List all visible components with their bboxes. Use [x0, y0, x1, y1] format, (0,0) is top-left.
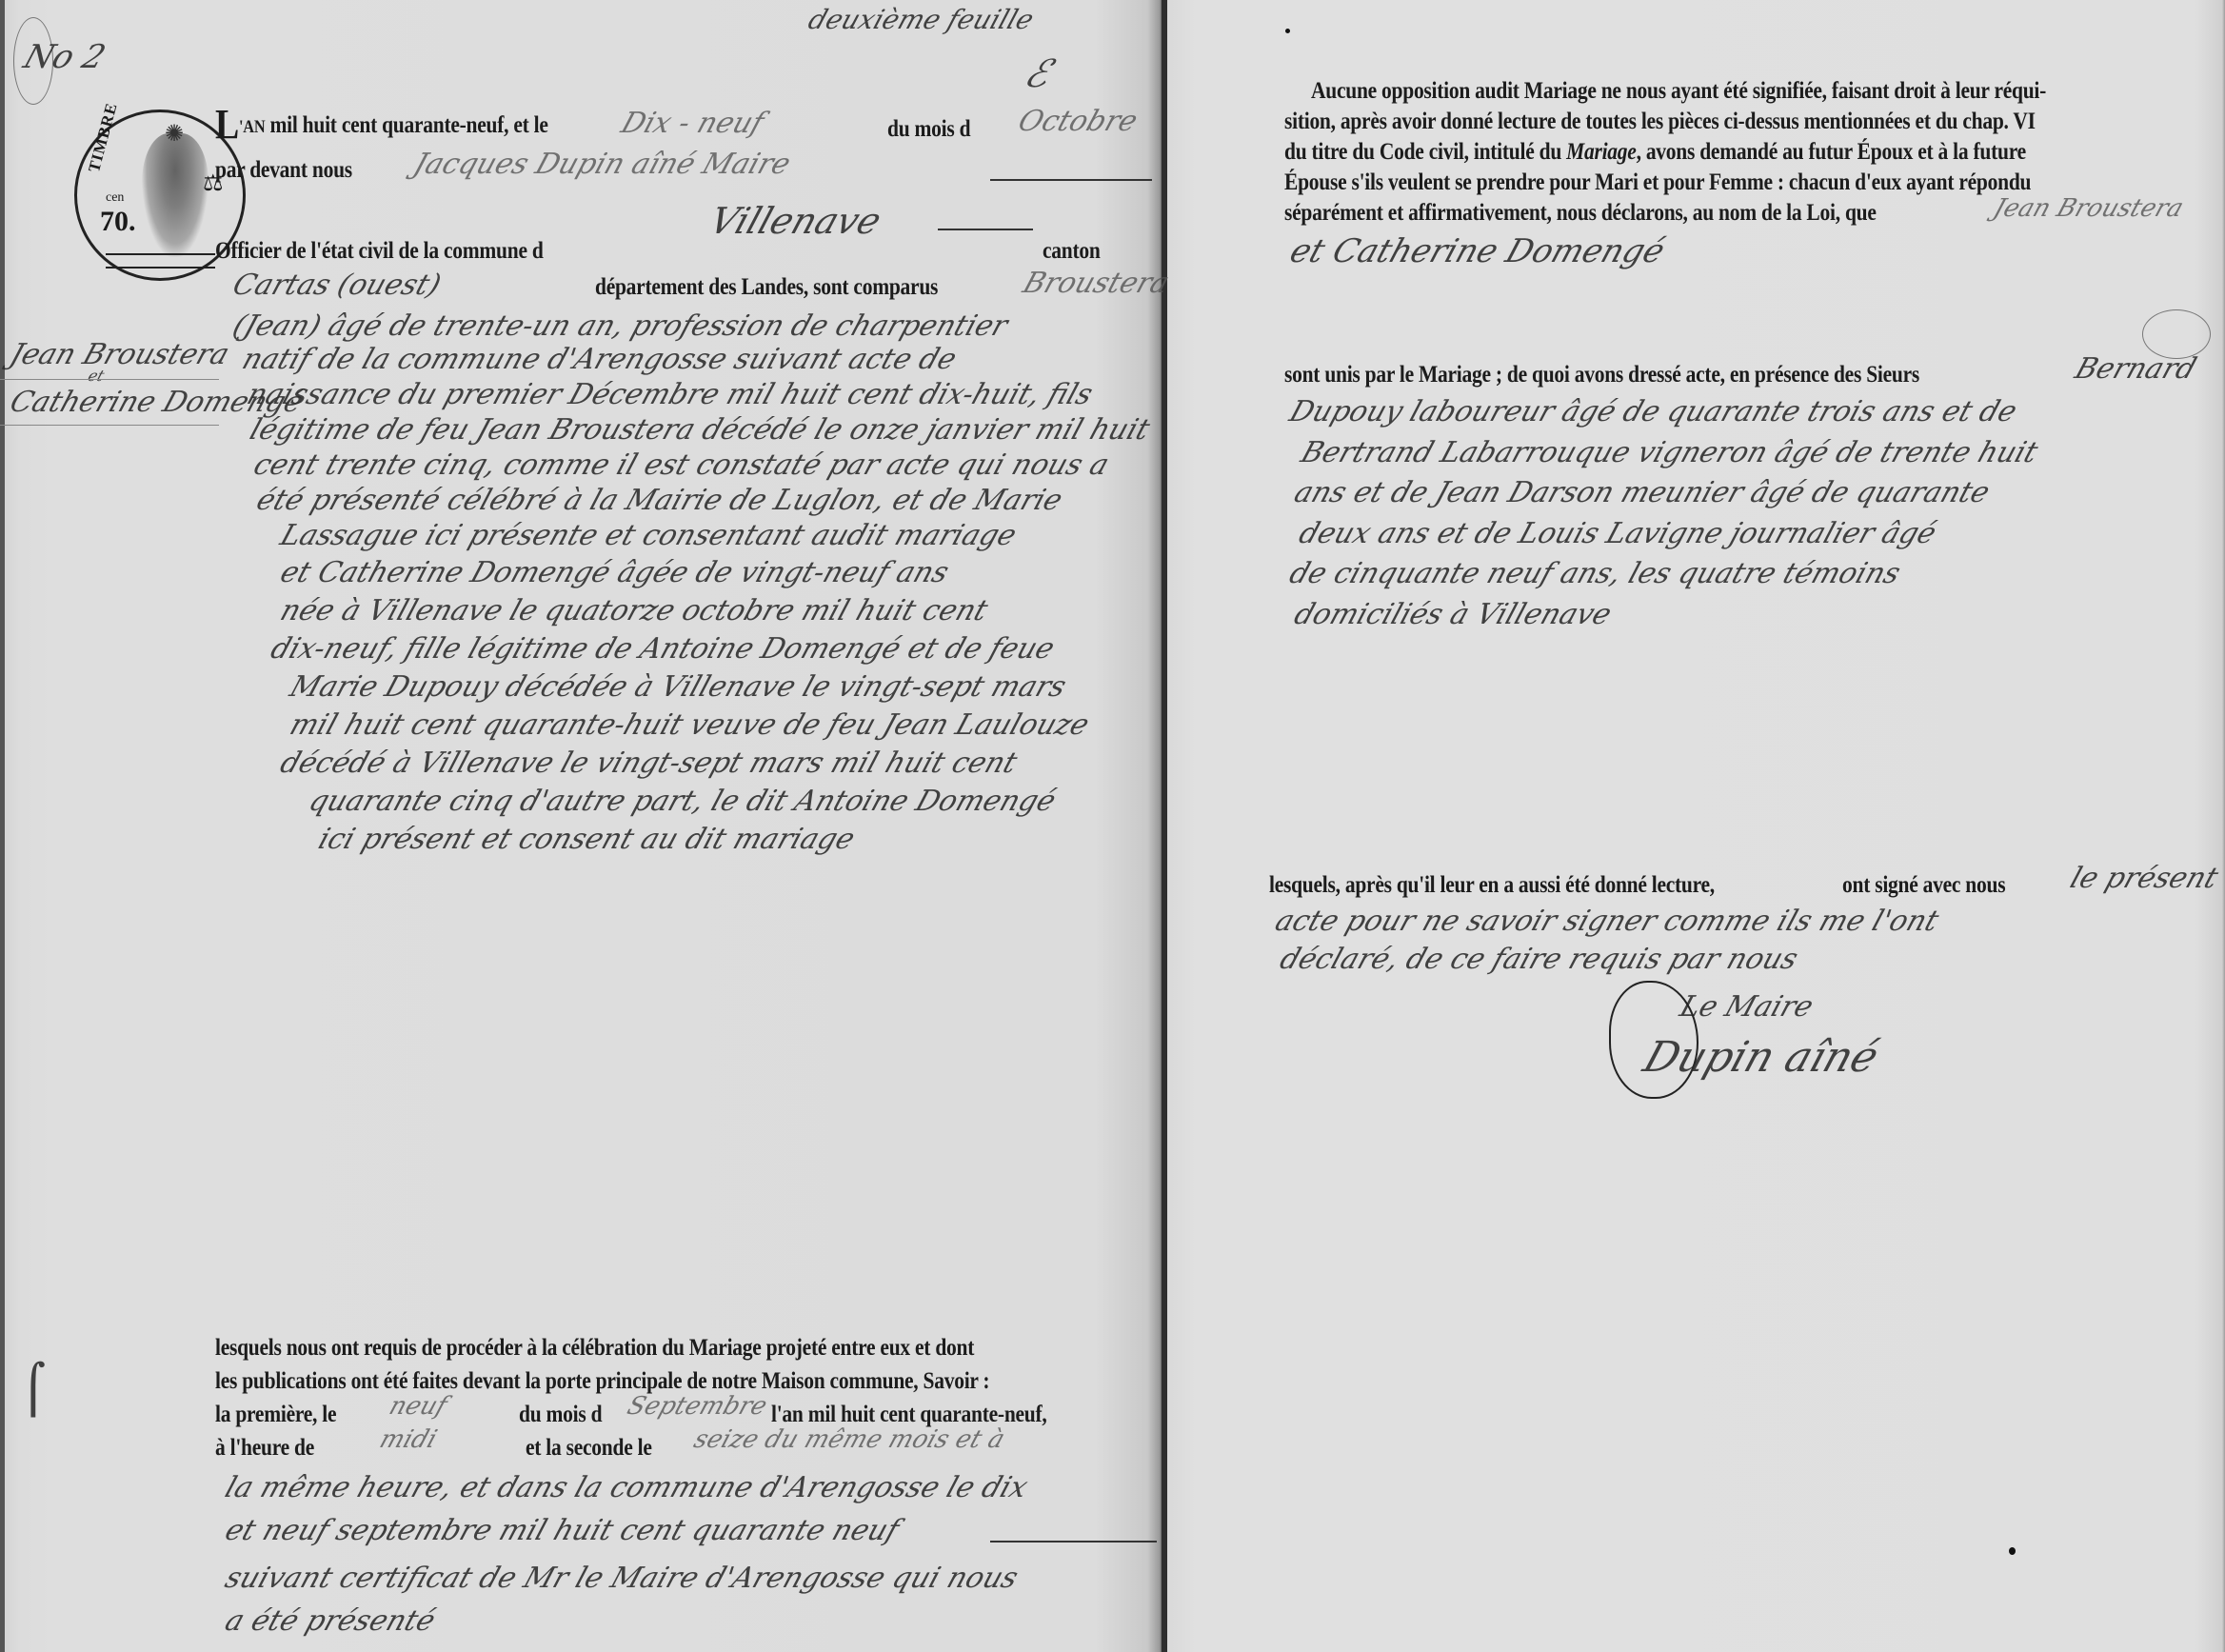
line-5-print: département des Landes, sont comparus	[595, 274, 938, 301]
stamp-value: 70.	[100, 206, 136, 238]
line-1-print: L'an mil huit cent quarante-neuf, et le	[215, 112, 548, 139]
stamp-sun-icon: ✺	[165, 120, 184, 148]
hand-pub-day: neuf	[386, 1392, 450, 1421]
hand-officer: Jacques Dupin aîné Maire	[409, 148, 795, 181]
hand-witness-start: Bernard	[2071, 352, 2200, 386]
right-print-5: séparément et affirmativement, nous décl…	[1284, 200, 1877, 227]
line-1-print-month: du mois d	[887, 116, 970, 143]
paper-speck	[2009, 1547, 2016, 1555]
bottom-print-3c: l'an mil huit cent quarante-neuf,	[771, 1402, 1047, 1428]
fill-rule	[990, 179, 1152, 181]
hand-canton: Cartas (ouest)	[228, 269, 445, 302]
margin-name-groom: Jean Broustera	[6, 338, 233, 371]
hand-closing-2: déclaré, de ce faire requis par nous	[1276, 943, 1802, 976]
hand-pub-hour: midi	[376, 1425, 441, 1454]
bottom-print-1: lesquels nous ont requis de procéder à l…	[215, 1335, 974, 1362]
mayor-signature: Dupin aîné	[1638, 1033, 1884, 1082]
hand-commune: Villenave	[705, 200, 886, 242]
hand-pub-second: seize du même mois et à	[690, 1425, 1008, 1454]
bottom-print-3a: la première, le	[215, 1402, 336, 1428]
right-print-3: du titre du Code civil, intitulé du Mari…	[1284, 139, 2026, 166]
margin-bracket: ⌠	[21, 1362, 46, 1417]
signature-title: Le Maire	[1676, 990, 1818, 1024]
fill-rule	[938, 229, 1033, 230]
paper-speck	[1285, 29, 1290, 33]
hand-bride-name: et Catherine Domengé	[1285, 232, 1669, 270]
hand-pub-month: Septembre	[624, 1392, 771, 1421]
hand-month: Octobre	[1014, 105, 1142, 138]
margin-number: No 2	[19, 38, 110, 76]
line-4-print: Officier de l'état civil de la commune d	[215, 238, 544, 265]
right-print-4: Épouse s'ils veulent se prendre pour Mar…	[1284, 169, 2031, 196]
right-print-2: sition, après avoir donné lecture de tou…	[1284, 109, 2036, 135]
hand-day: Dix - neuf	[617, 107, 768, 140]
header-note: deuxième feuille	[805, 4, 1038, 35]
hand-groom-name: Jean Broustera	[1990, 194, 2187, 223]
fill-rule	[990, 1541, 1157, 1543]
hand-closing-1: acte pour ne savoir signer comme ils me …	[1271, 905, 1943, 938]
bottom-print-4a: à l'heure de	[215, 1435, 314, 1462]
hand-closing-start: le présent	[2066, 862, 2222, 895]
line-2-print: par devant nous	[215, 157, 352, 184]
margin-underline	[0, 379, 219, 380]
bottom-print-4b: et la seconde le	[526, 1435, 652, 1462]
stamp-base	[106, 253, 215, 269]
stamp-figure-icon	[142, 133, 209, 257]
line-4-canton: canton	[1043, 238, 1101, 265]
right-print-closing: lesquels, après qu'il leur en a aussi ét…	[1269, 872, 1715, 899]
right-print-1: Aucune opposition audit Mariage ne nous …	[1311, 78, 2046, 105]
hand-surname: Broustera	[1019, 267, 1174, 300]
margin-underline	[0, 425, 219, 426]
left-page-edge	[0, 0, 5, 1652]
right-print-witnesses: sont unis par le Mariage ; de quoi avons…	[1284, 362, 1919, 388]
bottom-print-3b: du mois d	[519, 1402, 602, 1428]
bottom-print-2: les publications ont été faites devant l…	[215, 1368, 989, 1395]
right-print-closing-2: ont signé avec nous	[1842, 872, 2005, 899]
stamp-unit: cen	[106, 190, 124, 206]
